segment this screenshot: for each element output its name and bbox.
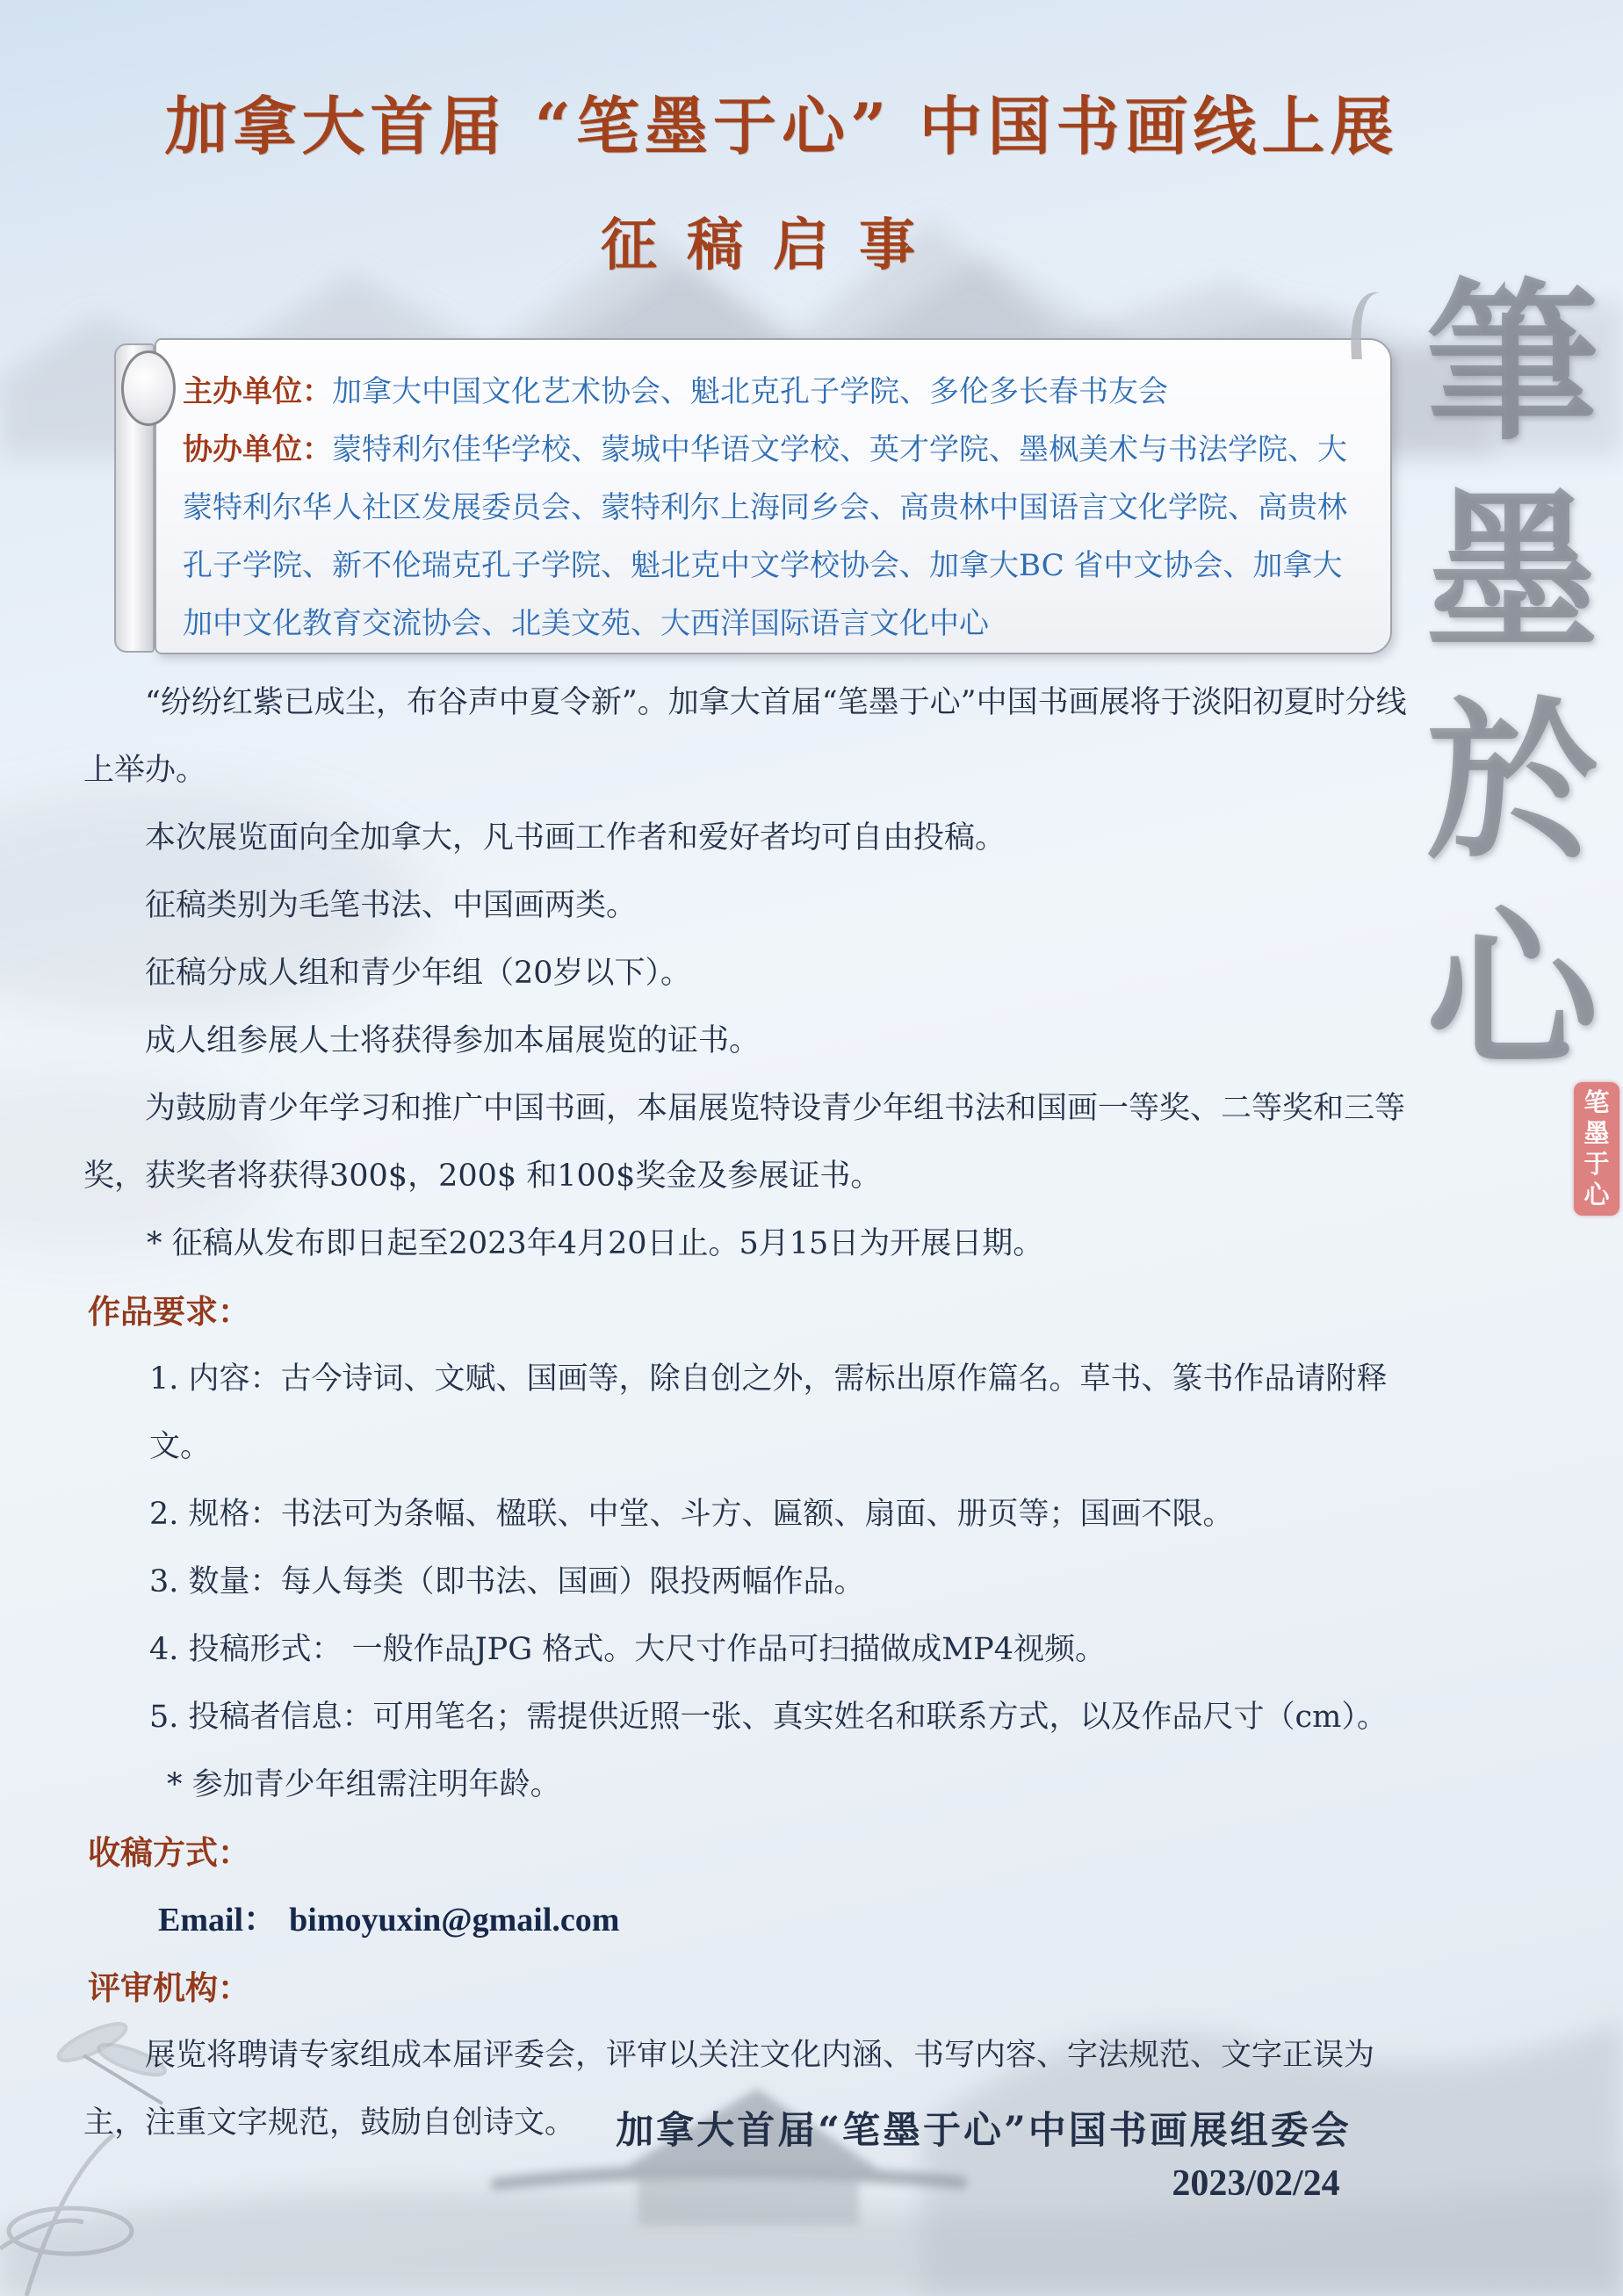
host-organizers-label: 主办单位： [183, 374, 332, 409]
co-organizers-label: 协办单位： [183, 432, 332, 467]
organizers-panel: 主办单位：加拿大中国文化艺术协会、魁北克孔子学院、多伦多长春书友会 协办单位：蒙… [155, 338, 1392, 654]
submission-heading: 收稿方式： [88, 1819, 1418, 1887]
page-subtitle: 征稿启事 [35, 200, 1511, 281]
seal-text: 笔墨于心 [1584, 1087, 1610, 1210]
email-label: Email： [158, 1902, 277, 1939]
lotus-sketch [0, 2134, 132, 2296]
requirement-item: 5. 投稿者信息：可用笔名；需提供近照一张、真实姓名和联系方式，以及作品尺寸（c… [149, 1684, 1418, 1751]
red-seal-stamp: 笔墨于心 [1574, 1082, 1619, 1216]
intro-paragraph: 征稿分成人组和青少年组（20岁以下）。 [83, 940, 1418, 1007]
submission-email-line: Email：bimoyuxin@gmail.com [158, 1887, 1418, 1954]
requirement-item: 2. 规格：书法可为条幅、楹联、中堂、斗方、匾额、扇面、册页等；国画不限。 [149, 1481, 1418, 1549]
exhibition-announcement-poster: 加拿大首届 “笔墨于心” 中国书画线上展 征稿启事 主办单位：加拿大中国文化艺术… [0, 0, 1623, 2296]
scroll-curl-decoration [121, 350, 176, 426]
vertical-calligraphy-art: 筆 墨 於 心 [1416, 259, 1609, 1095]
announcement-date: 2023/02/24 [1124, 2162, 1388, 2205]
jury-heading: 评审机构： [88, 1954, 1418, 2022]
announcement-body: “纷纷红紫已成尘，布谷声中夏令新”。加拿大首届“笔墨于心”中国书画展将于淡阳初夏… [83, 669, 1418, 2157]
host-organizers-line: 主办单位：加拿大中国文化艺术协会、魁北克孔子学院、多伦多长春书友会 [183, 363, 1355, 421]
calligraphy-char: 於 [1426, 677, 1598, 886]
requirement-item: 3. 数量：每人每类（即书法、国画）限投两幅作品。 [149, 1549, 1418, 1616]
intro-paragraph: 为鼓励青少年学习和推广中国书画，本届展览特设青少年组书法和国画一等奖、二等奖和三… [83, 1075, 1418, 1210]
intro-paragraph: 征稿类别为毛笔书法、中国画两类。 [83, 872, 1418, 940]
requirement-item: 4. 投稿形式： 一般作品JPG 格式。大尺寸作品可扫描做成MP4视频。 [149, 1616, 1418, 1684]
co-organizers-line: 协办单位：蒙特利尔佳华学校、蒙城中华语文学校、英才学院、墨枫美术与书法学院、大蒙… [183, 421, 1355, 653]
requirement-item: 1. 内容：古今诗词、文赋、国画等，除自创之外，需标出原作篇名。草书、篆书作品请… [149, 1346, 1418, 1481]
youth-age-note: * 参加青少年组需注明年龄。 [167, 1751, 1418, 1819]
calligraphy-char: 墨 [1426, 468, 1598, 677]
scroll-corner-curl-icon [1346, 285, 1381, 359]
calligraphy-char: 筆 [1426, 259, 1598, 468]
intro-paragraph: 本次展览面向全加拿大，凡书画工作者和爱好者均可自由投稿。 [83, 805, 1418, 872]
deadline-note: * 征稿从发布即日起至2023年4月20日止。5月15日为开展日期。 [147, 1210, 1418, 1278]
email-address: bimoyuxin@gmail.com [289, 1902, 619, 1939]
co-organizers-value: 蒙特利尔佳华学校、蒙城中华语文学校、英才学院、墨枫美术与书法学院、大蒙特利尔华人… [183, 432, 1347, 641]
requirements-heading: 作品要求： [88, 1278, 1418, 1346]
intro-paragraph: 成人组参展人士将获得参加本届展览的证书。 [83, 1007, 1418, 1075]
calligraphy-char: 心 [1426, 886, 1598, 1095]
page-title: 加拿大首届 “笔墨于心” 中国书画线上展 [0, 76, 1563, 167]
host-organizers-value: 加拿大中国文化艺术协会、魁北克孔子学院、多伦多长春书友会 [332, 374, 1168, 409]
intro-paragraph: “纷纷红紫已成尘，布谷声中夏令新”。加拿大首届“笔墨于心”中国书画展将于淡阳初夏… [83, 669, 1418, 805]
organizing-committee-signature: 加拿大首届“笔墨于心”中国书画展组委会 [492, 2101, 1475, 2155]
